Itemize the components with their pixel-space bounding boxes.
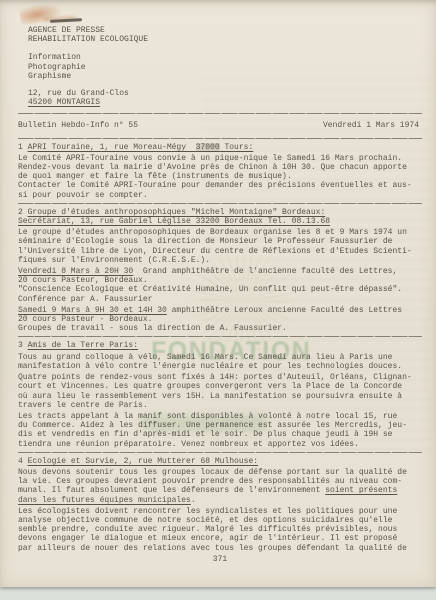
text-segment: Les tracts appelant à la manif sont disp… bbox=[18, 412, 407, 449]
underlined-text: Amis de la Terre Paris: bbox=[28, 341, 138, 350]
bulletin-section-4: 4 Ecologie et Survie, 2, rue Mutterer 68… bbox=[18, 457, 422, 553]
service-label-information: Information bbox=[28, 53, 422, 62]
spacer bbox=[28, 44, 422, 53]
section-separator-rule bbox=[18, 336, 422, 337]
paragraph: Le groupe d'études anthroposophiques de … bbox=[18, 228, 422, 265]
agency-name-line2: REHABILITATION ECOLOGIQUE bbox=[28, 35, 422, 44]
section-separator-rule bbox=[18, 203, 422, 204]
horizontal-rule bbox=[18, 113, 422, 114]
underlined-text: 37000 bbox=[196, 143, 220, 152]
paragraph: Le Comité APRI-Touraine vous convie à un… bbox=[18, 154, 422, 200]
stain-dash bbox=[50, 18, 82, 23]
text-segment: Quatre points de rendez-vous sont fixés … bbox=[18, 373, 412, 410]
paragraph: Nous devons soutenir tous les groupes lo… bbox=[18, 468, 422, 505]
underlined-text: APRI Touraine, 1, rue Moreau-Mégy bbox=[28, 143, 196, 152]
sections: 1 APRI Touraine, 1, rue Moreau-Mégy 3700… bbox=[18, 143, 422, 553]
spacer bbox=[28, 81, 422, 89]
paragraph: Les tracts appelant à la manif sont disp… bbox=[18, 412, 422, 449]
underlined-text: Vendredi 8 Mars à 20H 30 bbox=[18, 267, 133, 276]
underlined-text: Samedi 9 Mars à 9H 30 et 14H 30 bbox=[18, 306, 167, 315]
section-heading: 2 Groupe d'études anthroposophiques "Mic… bbox=[18, 208, 422, 226]
text-segment: Le groupe d'études anthroposophiques de … bbox=[18, 228, 412, 265]
underlined-text: Groupe d'études anthroposophiques "Miche… bbox=[28, 208, 326, 217]
bulletin-section-2: 2 Groupe d'études anthroposophiques "Mic… bbox=[18, 208, 422, 334]
text-segment: 3 bbox=[18, 341, 28, 350]
paragraph: Vendredi 8 Mars à 20H 30 Grand amphithéâ… bbox=[18, 267, 422, 304]
text-segment: 1 bbox=[18, 143, 28, 152]
agency-name-line1: AGENCE DE PRESSE bbox=[28, 26, 422, 35]
horizontal-rule bbox=[18, 138, 422, 139]
underlined-text: Tours: bbox=[220, 143, 254, 152]
issue-date: Vendredi 1 Mars 1974 bbox=[323, 121, 419, 130]
page-number: 371 bbox=[18, 555, 422, 564]
bulletin-title: Bulletin Hebdo-Info n° 55 bbox=[18, 121, 138, 130]
service-label-photographie: Photographie bbox=[28, 63, 422, 72]
bulletin-section-3: 3 Amis de la Terre Paris:Tous au grand c… bbox=[18, 341, 422, 448]
section-heading: 1 APRI Touraine, 1, rue Moreau-Mégy 3700… bbox=[18, 143, 422, 152]
section-separator-rule bbox=[18, 452, 422, 453]
document-content: AGENCE DE PRESSE REHABILITATION ECOLOGIQ… bbox=[18, 26, 422, 564]
letterhead: AGENCE DE PRESSE REHABILITATION ECOLOGIQ… bbox=[28, 26, 422, 107]
service-label-graphisme: Graphisme bbox=[28, 72, 422, 81]
paragraph: Tous au grand colloque à vélo, Samedi 16… bbox=[18, 353, 422, 371]
section-heading: 3 Amis de la Terre Paris: bbox=[18, 341, 422, 350]
text-segment: 4 bbox=[18, 457, 28, 466]
text-segment: Tous au grand colloque à vélo, Samedi 16… bbox=[18, 353, 402, 371]
text-segment: 2 bbox=[18, 208, 28, 217]
text-segment: . bbox=[191, 496, 196, 505]
address-street: 12, rue du Grand-Clos bbox=[28, 89, 422, 98]
underlined-text: Ecologie et Survie, 2, rue Mutterer 68 M… bbox=[28, 457, 258, 466]
paragraph: Quatre points de rendez-vous sont fixés … bbox=[18, 373, 422, 410]
section-heading: 4 Ecologie et Survie, 2, rue Mutterer 68… bbox=[18, 457, 422, 466]
address-city: 45200 MONTARGIS bbox=[28, 98, 422, 107]
paragraph: Les écologistes doivent rencontrer les s… bbox=[18, 507, 422, 553]
paper-sheet: FONDATION AGENCE DE PRESSE REHABILITATIO… bbox=[0, 0, 436, 587]
text-segment: Les écologistes doivent rencontrer les s… bbox=[18, 507, 407, 553]
text-segment: Le Comité APRI-Touraine vous convie à un… bbox=[18, 154, 412, 200]
masthead: Bulletin Hebdo-Info n° 55 Vendredi 1 Mar… bbox=[18, 117, 422, 134]
paragraph: Samedi 9 Mars à 9H 30 et 14H 30 amphithé… bbox=[18, 306, 422, 334]
bulletin-section-1: 1 APRI Touraine, 1, rue Moreau-Mégy 3700… bbox=[18, 143, 422, 200]
underlined-text: Secrétariat, 13, rue Gabriel Léglise 332… bbox=[18, 217, 330, 226]
